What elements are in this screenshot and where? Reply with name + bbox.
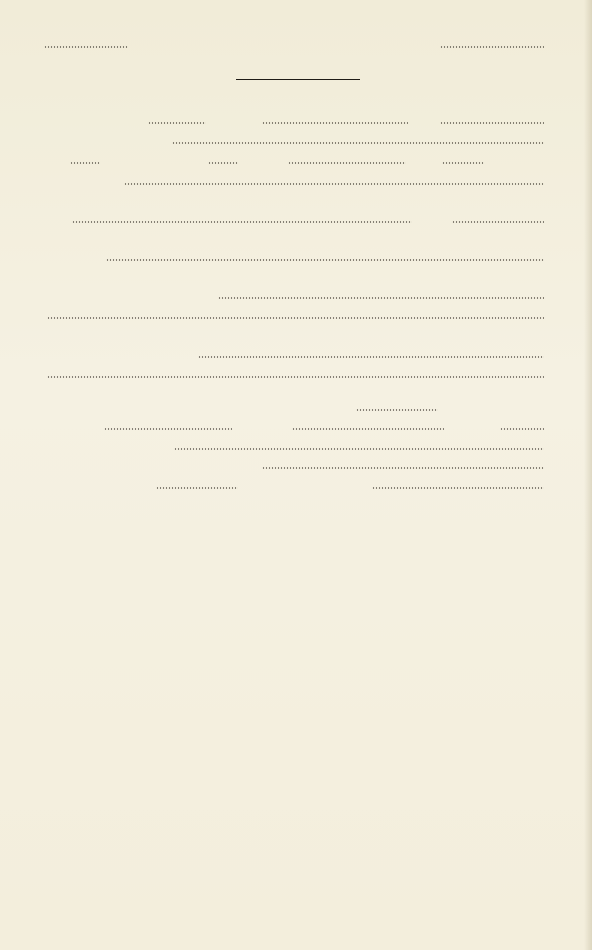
dotted-line (288, 162, 406, 164)
document-page (0, 0, 592, 950)
dotted-line (124, 183, 544, 185)
dotted-line (372, 487, 544, 489)
dotted-line (452, 221, 544, 223)
dotted-line (292, 428, 444, 430)
dotted-line (262, 122, 408, 124)
dotted-line (172, 142, 544, 144)
dotted-line (440, 122, 544, 124)
dotted-line (106, 259, 544, 261)
dotted-line (440, 46, 544, 48)
dotted-line (500, 428, 544, 430)
dotted-line (198, 356, 544, 358)
dotted-line (208, 162, 238, 164)
dotted-line (174, 448, 544, 450)
dotted-line (442, 162, 484, 164)
dotted-line (218, 297, 544, 299)
dotted-line (356, 409, 438, 411)
dotted-line (148, 122, 206, 124)
dotted-line (47, 317, 544, 319)
dotted-line (72, 221, 412, 223)
dotted-line (44, 46, 128, 48)
title-underline (236, 79, 360, 80)
dotted-line (262, 467, 544, 469)
dotted-line (47, 376, 544, 378)
dotted-line (156, 487, 238, 489)
dotted-line (104, 428, 232, 430)
dotted-line (70, 162, 100, 164)
